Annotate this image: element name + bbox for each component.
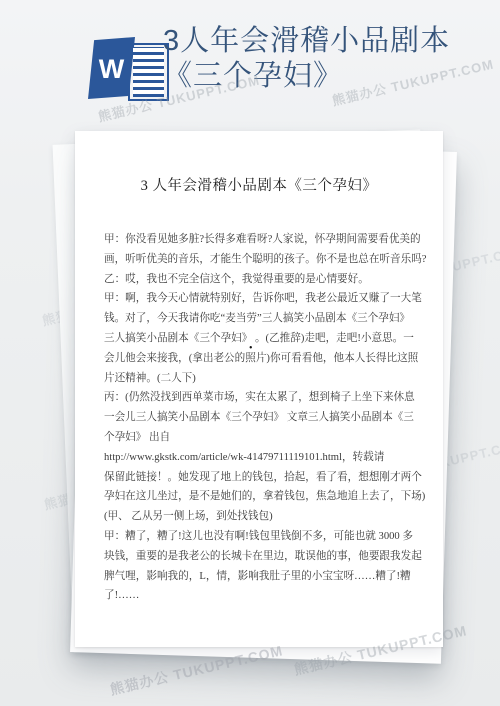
doc-line: 丙：(仍然没找到西单菜市场，实在太累了，想到椅子上坐下来休息: [104, 388, 416, 408]
page-title-line: 3人年会滑稽小品剧本: [163, 24, 493, 59]
doc-line: 钱。对了，今天我请你吃“麦当劳”三人搞笑小品剧本《三个孕妇》: [104, 309, 416, 329]
page-title: 3人年会滑稽小品剧本《三个孕妇》: [163, 24, 493, 94]
doc-line: 片还精神。(二人下): [104, 369, 416, 389]
word-icon: W: [88, 30, 160, 106]
bullet-dot: •: [249, 343, 253, 354]
document-page: 3 人年会滑稽小品剧本《三个孕妇》 甲：你没看见她多脏?长得多难看呀?人家说，怀…: [75, 131, 443, 647]
doc-line: 甲：你没看见她多脏?长得多难看呀?人家说，怀孕期间需要看优美的: [104, 230, 416, 250]
doc-line: 会儿他会来接我，(拿出老公的照片)你可看看他，他本人长得比这照: [104, 349, 416, 369]
doc-line: 个孕妇》 出自: [104, 428, 416, 448]
doc-line: 三人搞笑小品剧本《三个孕妇》 。(乙推辞)走吧，走吧!小意思。一: [104, 329, 416, 349]
doc-line: 甲：啊，我今天心情就特别好，告诉你吧，我老公最近又赚了一大笔: [104, 289, 416, 309]
document-body: 甲：你没看见她多脏?长得多难看呀?人家说，怀孕期间需要看优美的画，听听优美的音乐…: [104, 230, 416, 606]
word-icon-letter: W: [99, 56, 124, 83]
document-title: 3 人年会滑稽小品剧本《三个孕妇》: [75, 174, 443, 195]
doc-line: 画，听听优美的音乐，才能生个聪明的孩子。你不是也总在听音乐吗?: [104, 250, 416, 270]
doc-line: 了!……: [104, 586, 416, 606]
doc-line: 孕妇在这儿坐过，是不是她们的，拿着钱包，焦急地追上去了，下场): [104, 487, 416, 507]
doc-line: http://www.gkstk.com/article/wk-41479711…: [104, 448, 416, 468]
page: W 3人年会滑稽小品剧本《三个孕妇》 熊猫办公 TUKUPPT.COM 熊猫办公…: [0, 0, 500, 706]
doc-line: (甲、 乙从另一侧上场，到处找钱包): [104, 507, 416, 527]
doc-line: 一会儿三人搞笑小品剧本《三个孕妇》 文章三人搞笑小品剧本《三: [104, 408, 416, 428]
doc-line: 块钱，重要的是我老公的长城卡在里边，耽误他的事，他要跟我发起: [104, 547, 416, 567]
doc-line: 乙：哎，我也不完全信这个，我觉得重要的是心情要好。: [104, 270, 416, 290]
doc-line: 脾气哩，影响我的，L，情，影响我肚子里的小宝宝呀……糟了!糟: [104, 567, 416, 587]
page-title-line: 《三个孕妇》: [163, 59, 493, 94]
doc-line: 甲：糟了，糟了!这儿也没有啊!钱包里钱倒不多，可能也就 3000 多: [104, 527, 416, 547]
doc-line: 保留此链接！。她发现了地上的钱包，拾起，看了看，想想刚才两个: [104, 468, 416, 488]
